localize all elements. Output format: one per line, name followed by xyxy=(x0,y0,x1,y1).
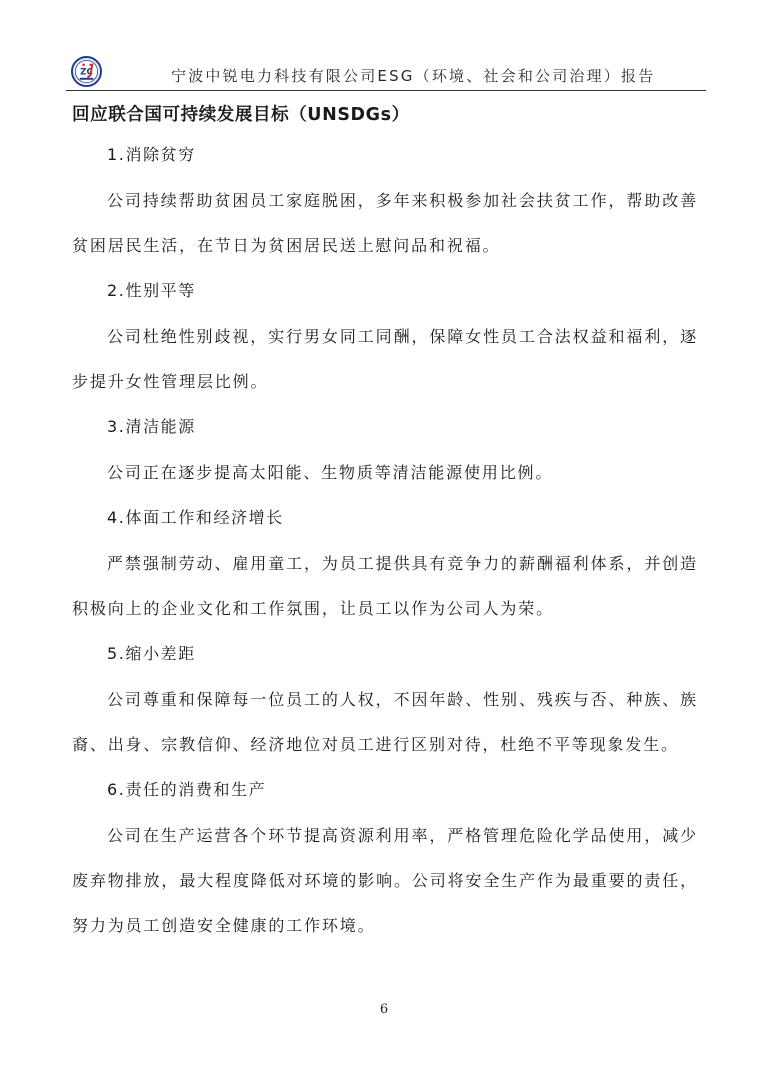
header-divider xyxy=(66,90,706,91)
goal-heading-no-poverty: 1.消除贫穷 xyxy=(72,132,698,178)
goal-heading-gender-equality: 2.性别平等 xyxy=(72,268,698,314)
goal-body-responsible-consumption: 公司在生产运营各个环节提高资源利用率，严格管理危险化学品使用，减少废弃物排放，最… xyxy=(72,813,698,948)
section-title: 回应联合国可持续发展目标（UNSDGs） xyxy=(72,98,698,132)
goal-body-clean-energy: 公司正在逐步提高太阳能、生物质等清洁能源使用比例。 xyxy=(72,450,698,495)
page-header: ZC 宁波中锐电力科技有限公司ESG（环境、社会和公司治理）报告 xyxy=(66,52,706,92)
page-number: 6 xyxy=(0,1002,768,1017)
report-title: 宁波中锐电力科技有限公司ESG（环境、社会和公司治理）报告 xyxy=(171,65,655,86)
page-content: 回应联合国可持续发展目标（UNSDGs） 1.消除贫穷 公司持续帮助贫困员工家庭… xyxy=(72,98,698,948)
goal-heading-decent-work: 4.体面工作和经济增长 xyxy=(72,495,698,541)
goal-body-decent-work: 严禁强制劳动、雇用童工，为员工提供具有竞争力的薪酬福利体系，并创造积极向上的企业… xyxy=(72,541,698,631)
goal-body-gender-equality: 公司杜绝性别歧视，实行男女同工同酬，保障女性员工合法权益和福利，逐步提升女性管理… xyxy=(72,314,698,404)
goal-body-no-poverty: 公司持续帮助贫困员工家庭脱困，多年来积极参加社会扶贫工作，帮助改善贫困居民生活，… xyxy=(72,178,698,268)
company-logo-icon: ZC xyxy=(71,56,102,87)
goal-body-reduced-inequalities: 公司尊重和保障每一位员工的人权，不因年龄、性别、残疾与否、种族、族裔、出身、宗教… xyxy=(72,677,698,767)
goal-heading-reduced-inequalities: 5.缩小差距 xyxy=(72,631,698,677)
goal-heading-responsible-consumption: 6.责任的消费和生产 xyxy=(72,767,698,813)
goal-heading-clean-energy: 3.清洁能源 xyxy=(72,404,698,450)
